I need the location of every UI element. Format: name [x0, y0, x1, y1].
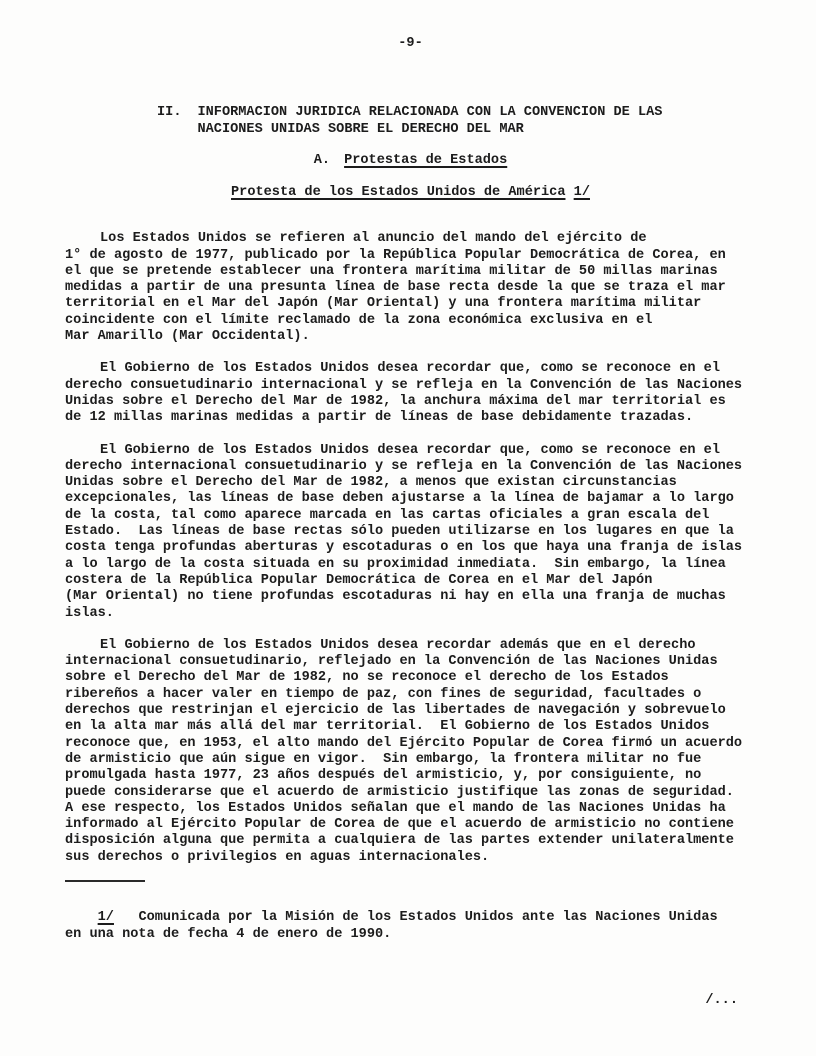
subsection-letter: A. [314, 153, 330, 168]
footnote: 1/ Comunicada por la Misión de los Estad… [65, 894, 756, 959]
section-heading: II. INFORMACION JURIDICA RELACIONADA CON… [157, 104, 756, 138]
continuation-marker: /... [65, 993, 738, 1009]
protest-title-footnote-ref: 1/ [574, 185, 590, 200]
footnote-text: Comunicada por la Misión de los Estados … [65, 910, 718, 941]
document-body: Los Estados Unidos se refieren al anunci… [65, 231, 756, 866]
subsection-heading: A.Protestas de Estados [65, 152, 756, 169]
paragraph-2: El Gobierno de los Estados Unidos desea … [65, 361, 756, 426]
document-page: -9- II. INFORMACION JURIDICA RELACIONADA… [0, 0, 816, 1056]
subsection-title: Protestas de Estados [344, 153, 507, 168]
protest-title-text: Protesta de los Estados Unidos de Améric… [231, 185, 565, 200]
footnote-ref: 1/ [98, 910, 114, 925]
paragraph-1: Los Estados Unidos se refieren al anunci… [65, 231, 756, 345]
paragraph-3: El Gobierno de los Estados Unidos desea … [65, 443, 756, 622]
page-number: -9- [65, 36, 756, 52]
protest-title: Protesta de los Estados Unidos de Améric… [65, 184, 756, 201]
footnote-separator [65, 880, 145, 882]
section-numeral: II. [157, 104, 181, 138]
section-heading-text: INFORMACION JURIDICA RELACIONADA CON LA … [197, 104, 662, 138]
paragraph-4: El Gobierno de los Estados Unidos desea … [65, 638, 756, 866]
